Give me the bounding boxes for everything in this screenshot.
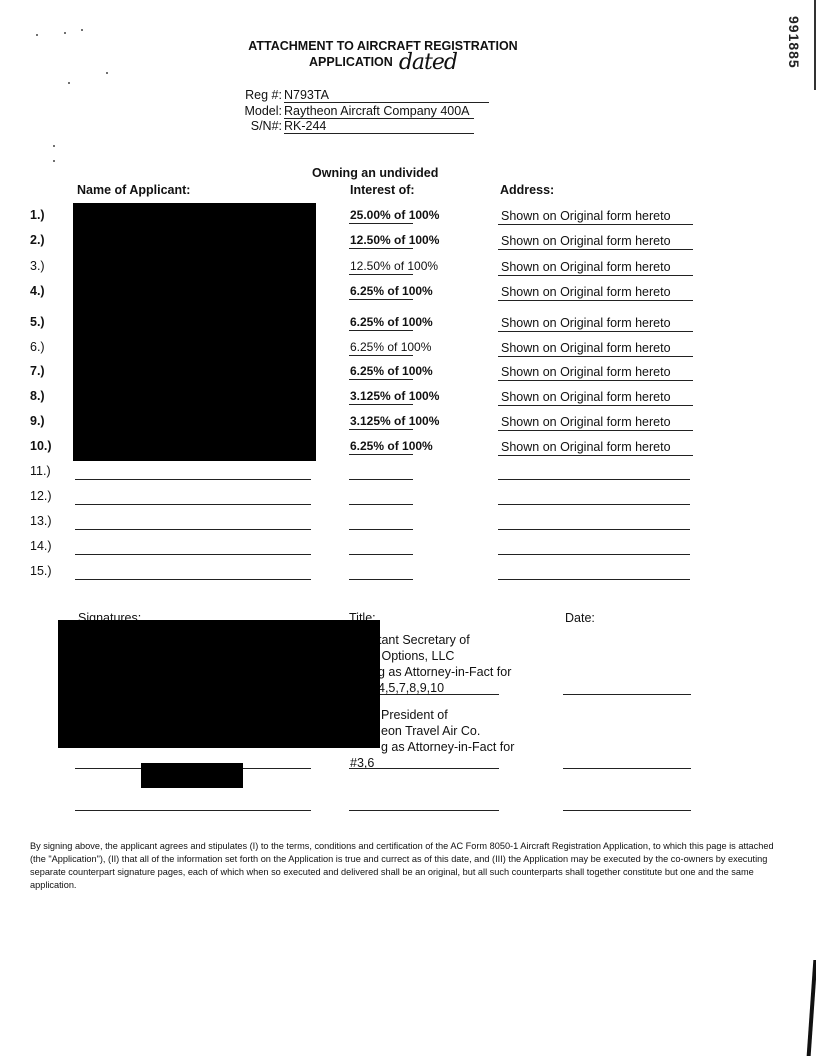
scan-speck [64,32,66,34]
interest-underline [349,223,413,224]
row-number: 15.) [30,564,52,578]
interest-value: 3.125% of 100% [350,389,500,403]
scan-speck [36,34,38,36]
side-document-number-stamp: 991885 [786,16,802,69]
name-blank-line[interactable] [75,554,311,555]
interest-value: 3.125% of 100% [350,414,500,428]
name-blank-line[interactable] [75,529,311,530]
row-number: 4.) [30,284,45,298]
address-value: Shown on Original form hereto [498,233,693,250]
address-value: Shown on Original form hereto [498,389,693,406]
redacted-applicant-names [73,203,316,461]
stipulation-text: By signing above, the applicant agrees a… [30,840,790,892]
row-number: 8.) [30,389,45,403]
document-title-line1: ATTACHMENT TO AIRCRAFT REGISTRATION [0,38,766,54]
row-number: 14.) [30,539,52,553]
header-name-of-applicant: Name of Applicant: [77,183,190,197]
row-number: 11.) [30,464,51,478]
interest-underline [349,429,413,430]
address-blank-line[interactable] [498,529,690,530]
row-number: 6.) [30,340,45,354]
address-blank-line[interactable] [498,554,690,555]
address-value: Shown on Original form hereto [498,364,693,381]
row-number: 13.) [30,514,52,528]
address-blank-line[interactable] [498,579,690,580]
interest-underline [349,404,413,405]
row-number: 7.) [30,364,45,378]
handwritten-note: dated [399,50,457,75]
title-block-2-line: eon Travel Air Co. [381,723,514,739]
scan-speck [106,72,108,74]
scan-speck [68,82,70,84]
interest-underline [349,248,413,249]
address-value: Shown on Original form hereto [498,208,693,225]
interest-value: 12.50% of 100% [350,233,500,247]
name-blank-line[interactable] [75,504,311,505]
title-block-1-line: tant Secretary of [378,632,511,648]
interest-blank-line[interactable] [349,554,413,555]
header-date: Date: [565,610,595,626]
interest-blank-line[interactable] [349,529,413,530]
reg-value: N793TA [284,88,489,103]
row-number: 1.) [30,208,45,222]
title-line-3[interactable] [349,810,499,811]
address-value: Shown on Original form hereto [498,439,693,456]
model-value: Raytheon Aircraft Company 400A [284,104,474,119]
name-blank-line[interactable] [75,579,311,580]
interest-underline [349,330,413,331]
reg-label: Reg #: [222,88,282,102]
redacted-signature-name [141,763,243,788]
title-block-1-line: g as Attorney-in-Fact for [378,664,511,680]
interest-underline [349,379,413,380]
title-block-2: President of eon Travel Air Co. g as Att… [381,707,514,755]
header-interest-line1: Owning an undivided [312,166,438,180]
row-number: 2.) [30,233,45,247]
interest-value: 6.25% of 100% [350,340,500,354]
row-number: 9.) [30,414,45,428]
interest-underline [349,355,413,356]
scan-speck [81,29,83,31]
signature-line-3[interactable] [75,810,311,811]
header-interest-line2: Interest of: [350,183,415,197]
interest-value: 12.50% of 100% [350,259,500,273]
sn-value: RK-244 [284,119,474,134]
model-label: Model: [222,104,282,118]
date-line-3[interactable] [563,810,691,811]
interest-blank-line[interactable] [349,504,413,505]
interest-underline [349,274,413,275]
date-line-2[interactable] [563,768,691,769]
interest-blank-line[interactable] [349,479,413,480]
redacted-signatures [58,620,380,748]
name-blank-line[interactable] [75,479,311,480]
title-line-2[interactable] [349,768,499,769]
sn-label: S/N#: [222,119,282,133]
address-value: Shown on Original form hereto [498,414,693,431]
address-value: Shown on Original form hereto [498,259,693,276]
interest-value: 25.00% of 100% [350,208,500,222]
interest-blank-line[interactable] [349,579,413,580]
row-number: 5.) [30,315,45,329]
title-block-1-line: Options, LLC [378,648,511,664]
address-value: Shown on Original form hereto [498,315,693,332]
scan-speck [53,160,55,162]
interest-value: 6.25% of 100% [350,315,500,329]
title-block-1: tant Secretary of Options, LLC g as Atto… [378,632,511,696]
document-title-line2: APPLICATIONdated [0,54,766,71]
interest-underline [349,454,413,455]
title-block-2-line: President of [381,707,514,723]
document-title-application: APPLICATION [309,55,393,69]
address-value: Shown on Original form hereto [498,340,693,357]
scan-speck [53,145,55,147]
scan-edge-corner [807,960,816,1056]
date-line-1[interactable] [563,694,691,695]
header-address: Address: [500,183,554,197]
interest-underline [349,299,413,300]
address-blank-line[interactable] [498,479,690,480]
interest-value: 6.25% of 100% [350,439,500,453]
address-value: Shown on Original form hereto [498,284,693,301]
row-number: 10.) [30,439,52,453]
address-blank-line[interactable] [498,504,690,505]
interest-value: 6.25% of 100% [350,284,500,298]
row-number: 3.) [30,259,45,273]
row-number: 12.) [30,489,52,503]
interest-value: 6.25% of 100% [350,364,500,378]
title-block-2-line: g as Attorney-in-Fact for [381,739,514,755]
